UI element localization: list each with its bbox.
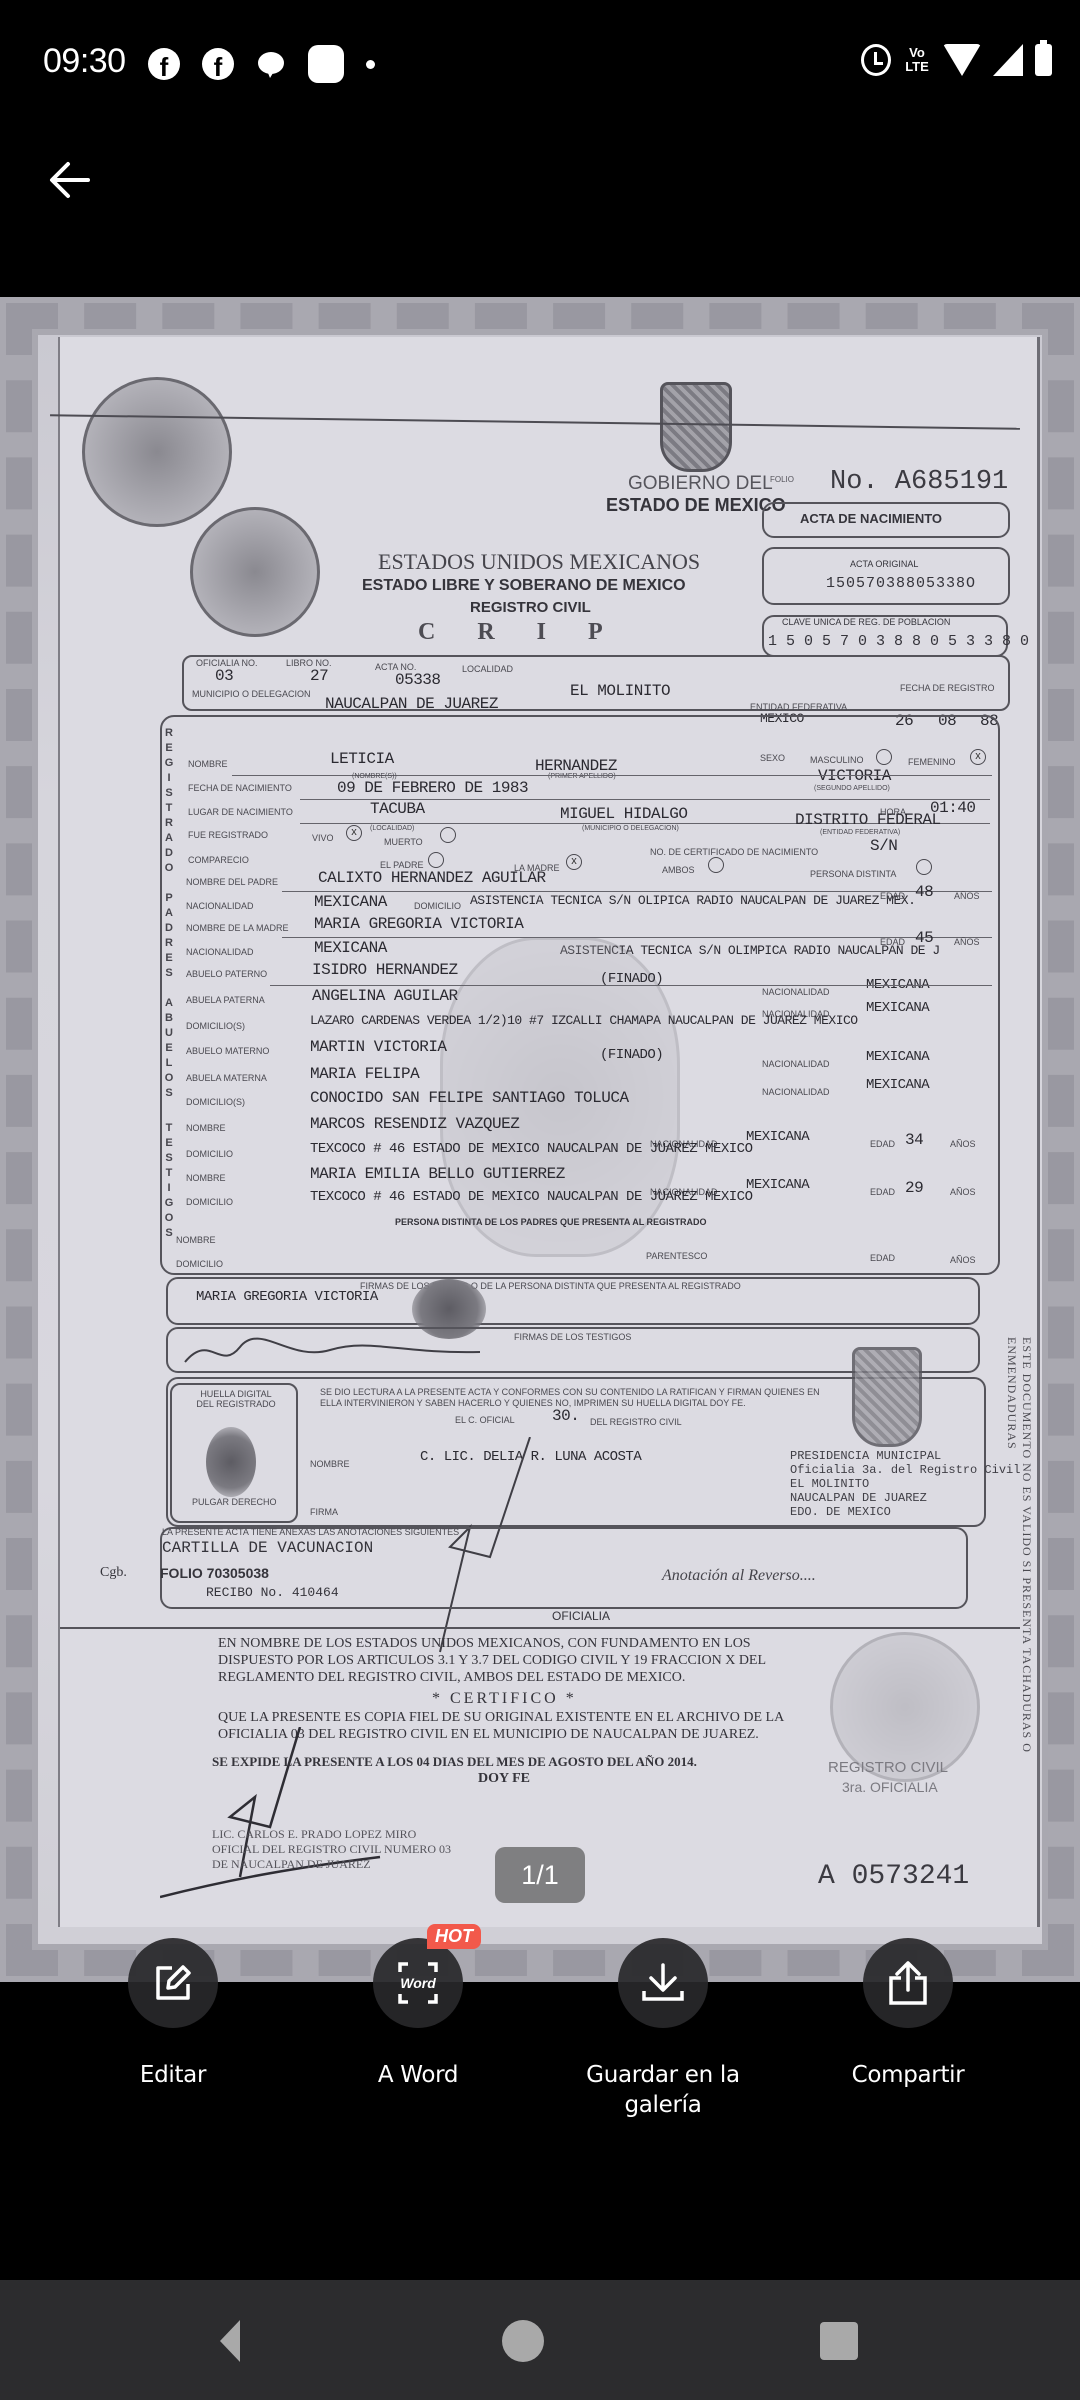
nav-home-button[interactable] [502, 2320, 544, 2362]
madre-edad-value: 45 [915, 929, 933, 947]
wifi-icon [943, 44, 981, 76]
document-viewer[interactable]: GOBIERNO DEL FOLIO No. A685191 ESTADO DE… [0, 297, 1080, 1982]
anotacion-reverso: Anotación al Reverso.... [662, 1567, 816, 1585]
abuelos-maternos-domicilio: CONOCIDO SAN FELIPE SANTIAGO TOLUCA [310, 1089, 629, 1107]
volte-icon: VoLTE [903, 46, 931, 74]
acta-original: 15057038805338O [826, 575, 976, 592]
action-toolbar: Editar Word HOT A Word Guardar en la gal… [0, 1982, 1080, 2282]
national-seal-icon [82, 377, 232, 527]
national-seal-icon [190, 507, 320, 637]
lectura-text: SE DIO LECTURA A LA PRESENTE ACTA Y CONF… [320, 1387, 830, 1409]
municipal-seal-icon [852, 1347, 922, 1447]
crip: C R I P [418, 619, 621, 646]
padre-nacionalidad-value: MEXICANA [314, 893, 387, 911]
muerto-checkbox [440, 827, 456, 843]
madre-value: MARIA GREGORIA VICTORIA [314, 915, 523, 933]
padre-edad-value: 48 [915, 883, 933, 901]
birth-certificate: GOBIERNO DEL FOLIO No. A685191 ESTADO DE… [0, 297, 1080, 1982]
la-madre-checkbox: x [566, 854, 582, 870]
alarm-icon [861, 44, 891, 76]
validity-note: ESTE DOCUMENTO NO ES VALIDO SI PRESENTA … [1004, 1337, 1034, 1837]
navigation-bar [0, 2280, 1080, 2400]
oficial-numero: 30. [552, 1407, 579, 1425]
el-padre-checkbox [428, 852, 444, 868]
vivo-checkbox: x [346, 825, 362, 841]
gobierno-del: GOBIERNO DEL [628, 473, 773, 495]
abuelo-materno-value: MARTIN VICTORIA [310, 1038, 447, 1056]
testigo-2-domicilio: TEXCOCO # 46 ESTADO DE MEXICO NAUCALPAN … [310, 1189, 752, 1205]
anotacion-recibo: RECIBO No. 410464 [206, 1585, 339, 1600]
serial-number: A 0573241 [818, 1861, 969, 1892]
edit-button[interactable]: Editar [53, 1938, 293, 2090]
persona-distinta-checkbox [916, 859, 932, 875]
femenino-checkbox: x [970, 749, 986, 765]
abuela-paterna-value: ANGELINA AGUILAR [312, 987, 458, 1005]
share-button[interactable]: Compartir [788, 1938, 1028, 2090]
masculino-checkbox [876, 749, 892, 765]
nombre-value: LETICIA [330, 750, 394, 768]
save-to-gallery-button[interactable]: Guardar en la galería [543, 1938, 783, 2120]
signature-icon [180, 1332, 500, 1372]
abuela-materna-value: MARIA FELIPA [310, 1065, 419, 1083]
svg-text:Word: Word [400, 1975, 436, 1991]
system-icons: VoLTE [861, 44, 1052, 76]
facebook-icon: f [202, 48, 234, 80]
folio-number: No. A685191 [830, 467, 1008, 497]
libro-value: 27 [310, 667, 328, 685]
padre-domicilio-value: ASISTENCIA TECNICA S/N OLIPICA RADIO NAU… [470, 893, 915, 908]
entidad-nacimiento-value: DISTRITO FEDERAL [795, 811, 941, 829]
abuelo-paterno-value: ISIDRO HERNANDEZ [312, 961, 458, 979]
fecha-nacimiento-value: 09 DE FEBRERO DE 1983 [337, 779, 528, 797]
notification-icons: f f [148, 45, 375, 83]
acta-value: 05338 [395, 671, 441, 689]
estado-title: ESTADO DE MEXICO [606, 495, 786, 516]
nav-recents-button[interactable] [820, 2322, 858, 2360]
doy-fe: DOY FE [478, 1771, 530, 1787]
testigo-1-domicilio: TEXCOCO # 46 ESTADO DE MEXICO NAUCALPAN … [310, 1141, 752, 1157]
chat-icon [256, 50, 286, 78]
abuelos-paternos-domicilio: LAZARO CARDENAS VERDEA 1/2)10 #7 IZCALLI… [310, 1013, 858, 1028]
padre-value: CALIXTO HERNANDEZ AGUILAR [318, 869, 546, 887]
page-indicator: 1/1 [495, 1847, 585, 1903]
hot-badge: HOT [427, 1924, 481, 1949]
ambos-checkbox [708, 857, 724, 873]
edit-icon [152, 1962, 194, 2004]
certificacion-parrafo-1: EN NOMBRE DE LOS ESTADOS UNIDOS MEXICANO… [218, 1635, 798, 1686]
localidad-value: EL MOLINITO [570, 682, 670, 700]
nav-back-button[interactable] [220, 2320, 240, 2362]
segundo-apellido-value: VICTORIA [818, 767, 891, 785]
title-1: ESTADOS UNIDOS MEXICANOS [378, 549, 700, 575]
status-bar: 09:30 f f VoLTE [0, 0, 1080, 120]
localidad-nacimiento-value: TACUBA [370, 800, 425, 818]
municipio-nacimiento-value: MIGUEL HIDALGO [560, 805, 687, 823]
title-3: REGISTRO CIVIL [470, 599, 591, 616]
back-button[interactable] [40, 150, 100, 210]
certificado-value: S/N [870, 837, 897, 855]
folio-label: FOLIO [770, 475, 794, 484]
testigo-1-nombre: MARCOS RESENDIZ VAZQUEZ [310, 1115, 519, 1133]
signature-icon [160, 1727, 460, 1907]
anotacion-folio: FOLIO 70305038 [160, 1565, 269, 1581]
testigo-2-edad: 29 [905, 1179, 923, 1197]
certifico: * CERTIFICO * [432, 1690, 577, 1708]
document-image: GOBIERNO DEL FOLIO No. A685191 ESTADO DE… [0, 297, 1080, 1982]
to-word-button[interactable]: Word HOT A Word [298, 1938, 538, 2090]
word-icon: Word [394, 1960, 442, 2006]
battery-icon [1035, 44, 1052, 76]
firma-padres: MARIA GREGORIA VICTORIA [196, 1289, 378, 1305]
curp: 1 5 0 5 7 0 3 8 8 0 5 3 3 8 0 [768, 633, 1029, 650]
acta-type: ACTA DE NACIMIENTO [800, 511, 942, 526]
title-2: ESTADO LIBRE Y SOBERANO DE MEXICO [362, 577, 686, 595]
facebook-icon: f [148, 48, 180, 80]
municipal-stamp: PRESIDENCIA MUNICIPAL Oficialia 3a. del … [790, 1449, 1020, 1519]
madre-nacionalidad-value: MEXICANA [314, 939, 387, 957]
anotacion-cartilla: CARTILLA DE VACUNACION [162, 1539, 373, 1557]
download-icon [641, 1963, 685, 2003]
app-bar [0, 120, 1080, 297]
oficialia-value: 03 [215, 667, 233, 685]
municipio-value: NAUCALPAN DE JUAREZ [325, 695, 498, 713]
app-icon [308, 45, 344, 83]
testigo-1-edad: 34 [905, 1131, 923, 1149]
curp-label: CLAVE UNICA DE REG. DE POBLACION [782, 617, 950, 627]
status-time: 09:30 [43, 42, 126, 81]
thumbprint [206, 1427, 256, 1497]
state-crest-icon [660, 382, 732, 472]
testigo-2-nombre: MARIA EMILIA BELLO GUTIERREZ [310, 1165, 565, 1183]
arrow-left-icon [48, 158, 92, 202]
share-icon [888, 1960, 928, 2006]
acta-original-label: ACTA ORIGINAL [850, 559, 918, 569]
dot-icon [366, 60, 375, 69]
signal-icon [993, 44, 1023, 76]
